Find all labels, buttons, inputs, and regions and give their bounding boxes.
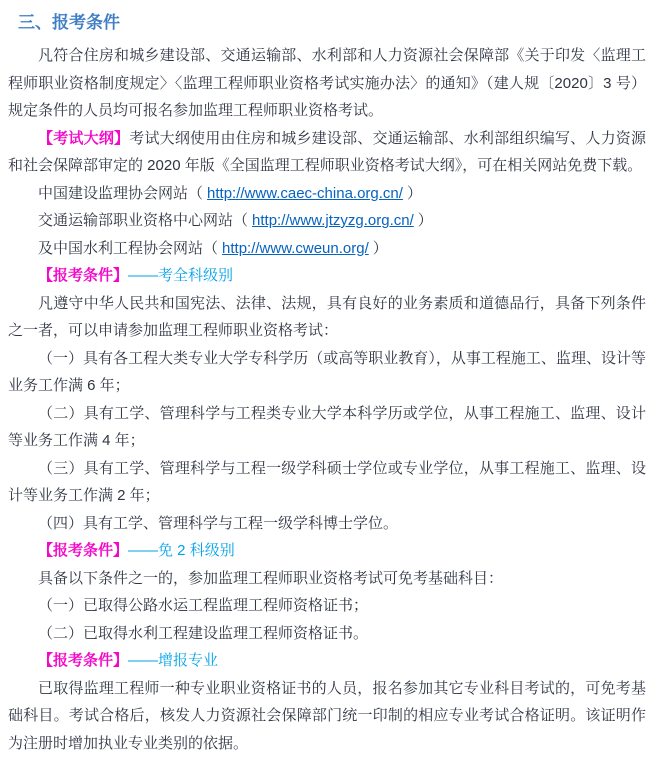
exempt-level-condition-1: （一）已取得公路水运工程监理工程师资格证书； [8, 592, 646, 620]
website-line-jtzyzg: 交通运输部职业资格中心网站（http://www.jtzyzg.org.cn/） [8, 207, 646, 235]
exempt-level-condition-2: （二）已取得水利工程建设监理工程师资格证书。 [8, 620, 646, 648]
website-line-cweun: 及中国水利工程协会网站（http://www.cweun.org/） [8, 235, 646, 263]
exempt-level-label: 【报考条件】 [38, 542, 128, 559]
full-level-condition-1: （一）具有各工程大类专业大学专科学历（或高等职业教育），从事工程施工、监理、设计… [8, 345, 646, 400]
full-level-lead: 凡遵守中华人民共和国宪法、法律、法规，具有良好的业务素质和道德品行，具备下列条件… [8, 290, 646, 345]
intro-paragraph: 凡符合住房和城乡建设部、交通运输部、水利部和人力资源社会保障部《关于印发〈监理工… [8, 42, 646, 125]
additional-major-label: 【报考条件】 [38, 652, 128, 669]
website-suffix: ） [407, 185, 422, 202]
website-suffix: ） [418, 212, 433, 229]
syllabus-paragraph: 【考试大纲】考试大纲使用由住房和城乡建设部、交通运输部、水利部组织编写、人力资源… [8, 125, 646, 180]
website-prefix: 中国建设监理协会网站（ [38, 185, 203, 202]
section-heading-additional-major: 【报考条件】——增报专业 [8, 647, 646, 675]
additional-major-paragraph: 已取得监理工程师一种专业职业资格证书的人员，报名参加其它专业科目考试的，可免考基… [8, 675, 646, 758]
document: 三、报考条件 凡符合住房和城乡建设部、交通运输部、水利部和人力资源社会保障部《关… [0, 0, 654, 763]
cweun-website-link[interactable]: http://www.cweun.org/ [222, 240, 369, 257]
website-suffix: ） [373, 240, 388, 257]
full-level-condition-3: （三）具有工学、管理科学与工程一级学科硕士学位或专业学位，从事工程施工、监理、设… [8, 455, 646, 510]
full-level-condition-2: （二）具有工学、管理科学与工程类专业大学本科学历或学位，从事工程施工、监理、设计… [8, 400, 646, 455]
section-heading-exempt-level: 【报考条件】——免 2 科级别 [8, 537, 646, 565]
full-level-sublabel: ——考全科级别 [128, 267, 233, 284]
caec-website-link[interactable]: http://www.caec-china.org.cn/ [207, 185, 403, 202]
website-line-caec: 中国建设监理协会网站（http://www.caec-china.org.cn/… [8, 180, 646, 208]
full-level-condition-4: （四）具有工学、管理科学与工程一级学科博士学位。 [8, 510, 646, 538]
jtzyzg-website-link[interactable]: http://www.jtzyzg.org.cn/ [252, 212, 414, 229]
website-prefix: 交通运输部职业资格中心网站（ [38, 212, 248, 229]
exempt-level-sublabel: ——免 2 科级别 [128, 542, 235, 559]
syllabus-label: 【考试大纲】 [38, 130, 129, 147]
full-level-label: 【报考条件】 [38, 267, 128, 284]
additional-major-sublabel: ——增报专业 [128, 652, 218, 669]
section-heading-full-level: 【报考条件】——考全科级别 [8, 262, 646, 290]
exempt-level-lead: 具备以下条件之一的，参加监理工程师职业资格考试可免考基础科目： [8, 565, 646, 593]
website-prefix: 及中国水利工程协会网站（ [38, 240, 218, 257]
page-title: 三、报考条件 [18, 12, 646, 34]
